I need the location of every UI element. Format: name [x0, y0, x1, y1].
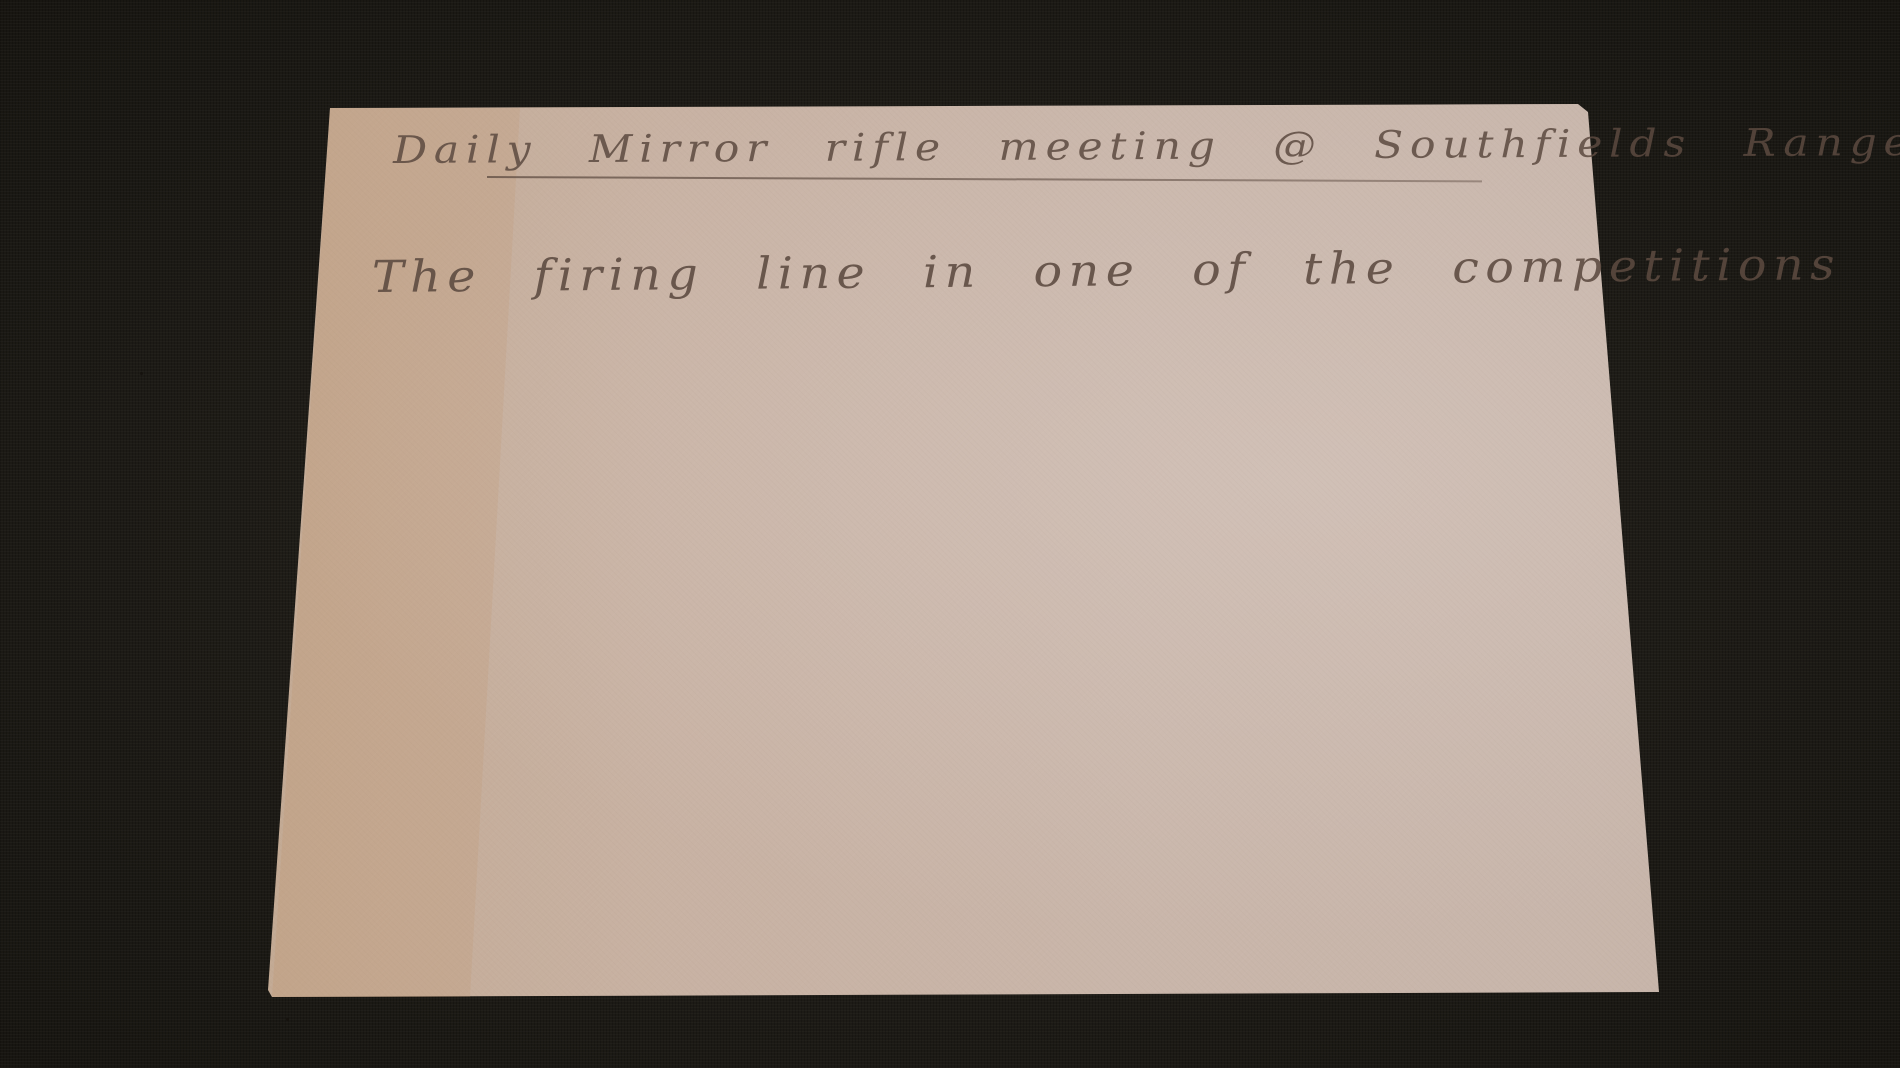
photo-stage: Daily Mirror rifle meeting @ Southfields…	[0, 0, 1900, 1068]
handwritten-heading: Daily Mirror rifle meeting @ Southfields…	[393, 120, 1900, 172]
dust-speck	[140, 372, 143, 375]
dust-speck	[286, 1018, 289, 1021]
